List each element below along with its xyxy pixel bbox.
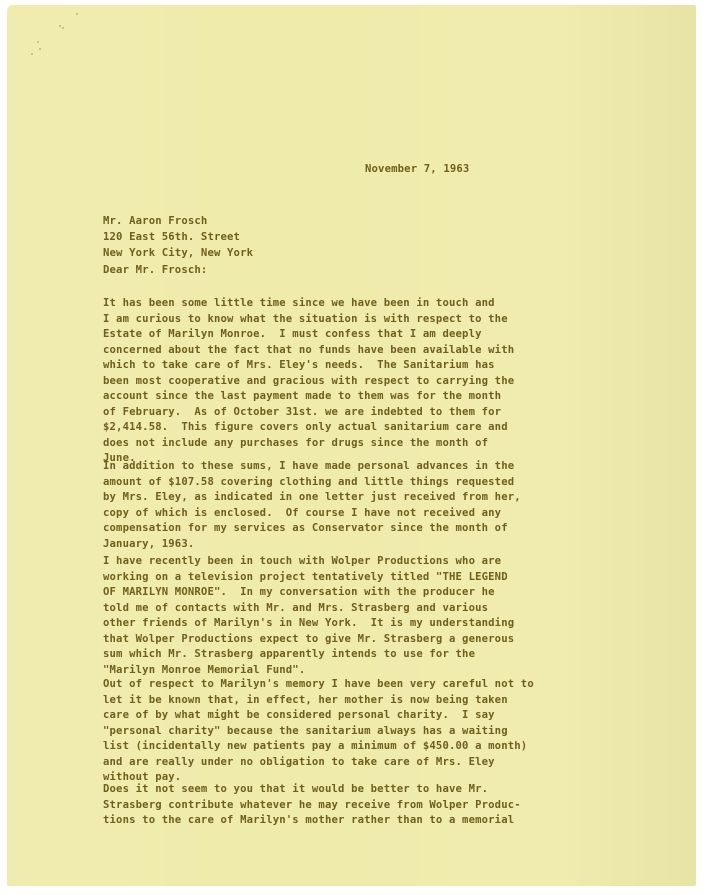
paragraph-line: let it be known that, in effect, her mot… xyxy=(103,693,534,709)
paragraph-line: Strasberg contribute whatever he may rec… xyxy=(103,798,521,814)
paragraph-line: "personal charity" because the sanitariu… xyxy=(103,724,534,740)
paragraph-line: working on a television project tentativ… xyxy=(103,570,514,586)
paper-speck xyxy=(39,48,41,50)
paper-speck xyxy=(62,27,64,29)
paragraph-line: care of by what might be considered pers… xyxy=(103,708,534,724)
paragraph-line: which to take care of Mrs. Eley's needs.… xyxy=(103,358,514,374)
paragraph-line: and are really under no obligation to ta… xyxy=(103,755,534,771)
paragraph-line: Estate of Marilyn Monroe. I must confess… xyxy=(103,327,514,343)
paragraph-line: amount of $107.58 covering clothing and … xyxy=(103,475,521,491)
paragraph-line: "Marilyn Monroe Memorial Fund". xyxy=(103,663,514,679)
paragraph-line: told me of contacts with Mr. and Mrs. St… xyxy=(103,601,514,617)
paper-speck xyxy=(59,25,61,27)
recipient-name: Mr. Aaron Frosch xyxy=(103,213,253,229)
paragraph-line: by Mrs. Eley, as indicated in one letter… xyxy=(103,490,521,506)
paper-speck xyxy=(37,41,39,43)
recipient-address: Mr. Aaron Frosch120 East 56th. StreetNew… xyxy=(103,213,253,261)
paragraph-line: Out of respect to Marilyn's memory I hav… xyxy=(103,677,534,693)
paragraph-line: other friends of Marilyn's in New York. … xyxy=(103,616,514,632)
paper-speck xyxy=(31,53,33,55)
paragraph-line: sum which Mr. Strasberg apparently inten… xyxy=(103,647,514,663)
paper-speck xyxy=(76,13,78,15)
paragraph-line: It has been some little time since we ha… xyxy=(103,296,514,312)
paragraph-2: In addition to these sums, I have made p… xyxy=(103,459,521,552)
paragraph-line: I have recently been in touch with Wolpe… xyxy=(103,554,514,570)
paragraph-line: In addition to these sums, I have made p… xyxy=(103,459,521,475)
paragraph-line: that Wolper Productions expect to give M… xyxy=(103,632,514,648)
recipient-city: New York City, New York xyxy=(103,245,253,261)
paragraph-4: Out of respect to Marilyn's memory I hav… xyxy=(103,677,534,786)
paragraph-line: compensation for my services as Conserva… xyxy=(103,521,521,537)
paragraph-line: concerned about the fact that no funds h… xyxy=(103,343,514,359)
paragraph-line: Does it not seem to you that it would be… xyxy=(103,782,521,798)
paragraph-line: copy of which is enclosed. Of course I h… xyxy=(103,506,521,522)
paragraph-line: tions to the care of Marilyn's mother ra… xyxy=(103,813,521,829)
paragraph-line: list (incidentally new patients pay a mi… xyxy=(103,739,534,755)
paragraph-line: OF MARILYN MONROE". In my conversation w… xyxy=(103,585,514,601)
paragraph-line: of February. As of October 31st. we are … xyxy=(103,405,514,421)
paragraph-line: does not include any purchases for drugs… xyxy=(103,436,514,452)
paragraph-line: I am curious to know what the situation … xyxy=(103,312,514,328)
paragraph-3: I have recently been in touch with Wolpe… xyxy=(103,554,514,678)
letter-date: November 7, 1963 xyxy=(365,162,469,178)
paragraph-line: January, 1963. xyxy=(103,537,521,553)
paragraph-line: been most cooperative and gracious with … xyxy=(103,374,514,390)
recipient-street: 120 East 56th. Street xyxy=(103,229,253,245)
paragraph-5: Does it not seem to you that it would be… xyxy=(103,782,521,829)
paragraph-line: $2,414.58. This figure covers only actua… xyxy=(103,420,514,436)
paragraph-1: It has been some little time since we ha… xyxy=(103,296,514,467)
salutation: Dear Mr. Frosch: xyxy=(103,263,207,279)
paragraph-line: account since the last payment made to t… xyxy=(103,389,514,405)
